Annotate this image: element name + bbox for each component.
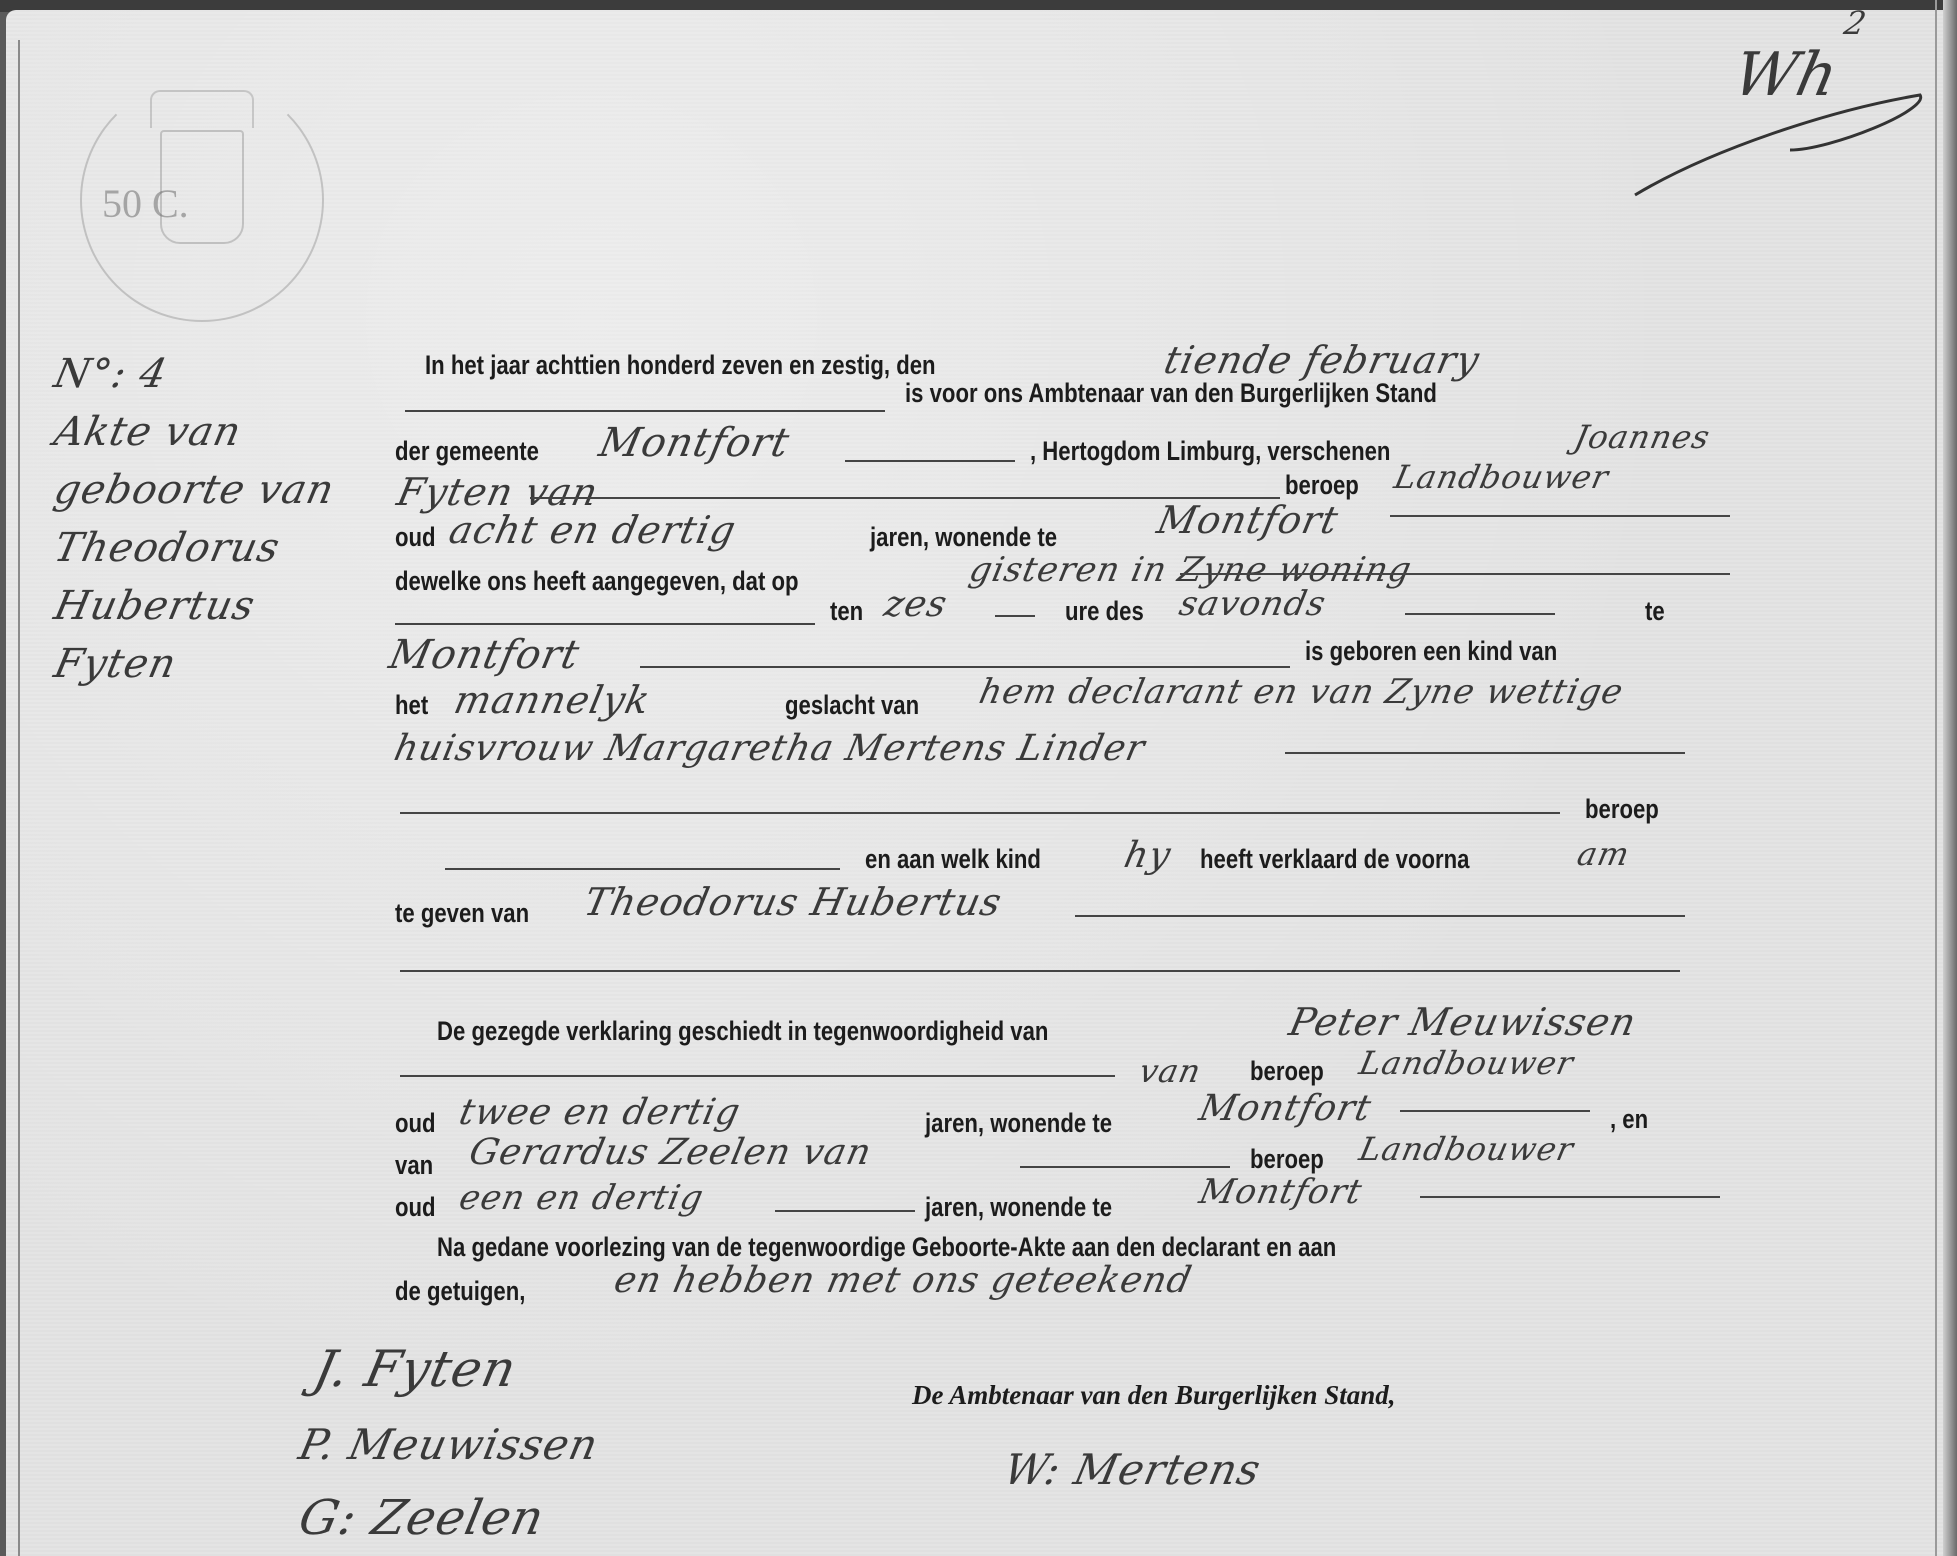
signature-witness2: G: Zeelen — [294, 1490, 550, 1546]
stamp-value: 50 C. — [102, 180, 189, 227]
form-blank-line — [1020, 1166, 1230, 1168]
form-text: der gemeente — [395, 436, 539, 467]
margin-line: Akte van — [49, 403, 381, 461]
margin-line: Theodorus — [49, 519, 381, 577]
form-blank-line — [1390, 515, 1730, 517]
form-text: het — [395, 690, 428, 721]
margin-line: geboorte van — [49, 461, 381, 519]
margin-line: Hubertus — [49, 577, 381, 635]
form-text: De gezegde verklaring geschiedt in tegen… — [437, 1016, 1048, 1047]
signature-declarant: J. Fyten — [309, 1340, 522, 1398]
form-text: van — [395, 1150, 433, 1181]
scan-right-edge — [1943, 0, 1957, 1556]
filled-time-of-day: savonds — [1176, 584, 1330, 624]
form-blank-line — [1285, 752, 1685, 754]
form-text: is geboren een kind van — [1305, 636, 1557, 667]
filled-occupation: Landbouwer — [1391, 458, 1612, 496]
form-text: de getuigen, — [395, 1276, 525, 1307]
form-blank-line — [1180, 573, 1730, 575]
filled-witness1-occupation: Landbouwer — [1356, 1044, 1577, 1082]
margin-note: N°: 4 Akte van geboorte van Theodorus Hu… — [55, 345, 375, 693]
form-text: ten — [830, 596, 863, 627]
form-text: te geven van — [395, 898, 529, 929]
signature-official: W: Mertens — [1000, 1445, 1266, 1494]
filled-witness1-age: twee en dertig — [456, 1092, 745, 1133]
margin-line: Fyten — [49, 635, 381, 693]
form-blank-line — [845, 460, 1015, 462]
form-blank-line — [1075, 915, 1685, 917]
binding-rule — [18, 40, 20, 1556]
filled-witness2-age: een en dertig — [456, 1178, 708, 1218]
form-text: In het jaar achttien honderd zeven en ze… — [425, 350, 936, 381]
form-text: dewelke ons heeft aangegeven, dat op — [395, 566, 799, 597]
filled-witness1-suffix: van — [1136, 1052, 1205, 1090]
filled-closing: en hebben met ons geteekend — [611, 1260, 1196, 1301]
filled-age: acht en dertig — [445, 508, 740, 552]
right-rule — [1935, 0, 1937, 1556]
form-text: heeft verklaard de voorna — [1200, 844, 1469, 875]
form-blank-line — [445, 868, 840, 870]
filled-municipality: Montfort — [595, 420, 794, 466]
form-blank-line — [775, 1210, 915, 1212]
form-text: beroep — [1250, 1144, 1324, 1175]
form-text: geslacht van — [785, 690, 919, 721]
filled-father: hem declarant en van Zyne wettige — [976, 672, 1628, 712]
form-text: beroep — [1285, 470, 1359, 501]
form-blank-line — [1420, 1196, 1720, 1198]
form-text: beroep — [1250, 1056, 1324, 1087]
filled-suffix: am — [1574, 835, 1633, 873]
form-text: oud — [395, 522, 436, 553]
form-text: , Hertogdom Limburg, verschenen — [1030, 436, 1390, 467]
form-text: Na gedane voorlezing van de tegenwoordig… — [437, 1232, 1336, 1263]
filled-witness1: Peter Meuwissen — [1285, 1000, 1640, 1044]
form-text: ure des — [1065, 596, 1144, 627]
form-blank-line — [640, 666, 1290, 668]
filled-mother: huisvrouw Margaretha Mertens Linder — [391, 728, 1149, 769]
filled-sex: mannelyk — [450, 678, 654, 722]
form-blank-line — [395, 623, 815, 625]
form-text: jaren, wonende te — [925, 1108, 1112, 1139]
act-number: N°: 4 — [49, 345, 381, 403]
form-blank-line — [405, 410, 885, 412]
form-text: oud — [395, 1108, 436, 1139]
official-label: De Ambtenaar van den Burgerlijken Stand, — [912, 1380, 1396, 1411]
filled-date: tiende february — [1160, 338, 1483, 382]
filled-witness2-residence: Montfort — [1196, 1172, 1366, 1212]
filled-pronoun: hy — [1121, 835, 1175, 876]
form-blank-line — [400, 970, 1680, 972]
filled-witness2: Gerardus Zeelen van — [466, 1132, 876, 1173]
form-text: beroep — [1585, 794, 1659, 825]
filled-residence: Montfort — [1153, 498, 1342, 542]
form-blank-line — [400, 812, 1560, 814]
fiscal-stamp: 50 C. — [80, 78, 324, 322]
signature-witness1: P. Meuwissen — [295, 1420, 603, 1469]
filled-child-name: Theodorus Hubertus — [580, 880, 1006, 924]
form-text: oud — [395, 1192, 436, 1223]
form-text: te — [1645, 596, 1665, 627]
filled-birthplace: Montfort — [385, 632, 584, 678]
form-text: jaren, wonende te — [870, 522, 1057, 553]
form-text: en aan welk kind — [865, 844, 1041, 875]
filled-witness2-occupation: Landbouwer — [1356, 1130, 1577, 1168]
filled-hour: zes — [881, 584, 951, 625]
form-text: , en — [1610, 1104, 1648, 1135]
form-text: jaren, wonende te — [925, 1192, 1112, 1223]
form-blank-line — [400, 1075, 1115, 1077]
form-text: is voor ons Ambtenaar van den Burgerlijk… — [905, 378, 1437, 409]
filled-witness1-residence: Montfort — [1196, 1088, 1376, 1129]
filled-declarant-name: Joannes — [1571, 418, 1714, 456]
form-blank-line — [1405, 613, 1555, 615]
form-blank-line — [995, 615, 1035, 617]
crown-icon — [150, 90, 254, 128]
form-blank-line — [1400, 1110, 1590, 1112]
paraph-flourish — [1630, 90, 1930, 200]
